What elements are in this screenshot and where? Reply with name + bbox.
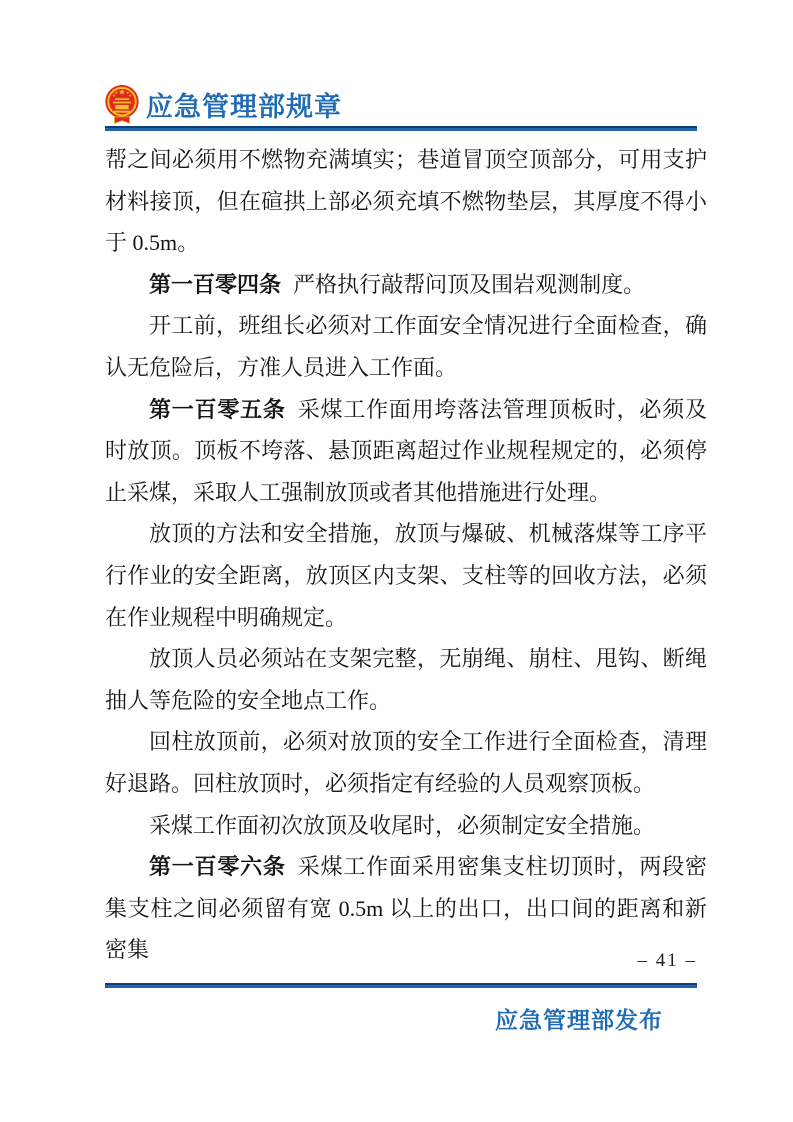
page-number: – 41 –	[638, 950, 698, 972]
paragraph: 帮之间必须用不燃物充满填实；巷道冒顶空顶部分，可用支护材料接顶，但在碹拱上部必须…	[105, 139, 707, 264]
paragraph: 放顶的方法和安全措施，放顶与爆破、机械落煤等工序平行作业的安全距离，放顶区内支架…	[105, 513, 707, 638]
paragraph-text: 放顶的方法和安全措施，放顶与爆破、机械落煤等工序平行作业的安全距离，放顶区内支架…	[105, 521, 707, 629]
paragraph: 放顶人员必须站在支架完整，无崩绳、崩柱、甩钩、断绳抽人等危险的安全地点工作。	[105, 638, 707, 721]
national-emblem-icon	[103, 83, 141, 126]
paragraph-text: 开工前，班组长必须对工作面安全情况进行全面检查，确认无危险后，方准人员进入工作面…	[105, 313, 707, 380]
paragraph: 第一百零四条严格执行敲帮问顶及围岩观测制度。	[105, 264, 707, 306]
paragraph-text: 放顶人员必须站在支架完整，无崩绳、崩柱、甩钩、断绳抽人等危险的安全地点工作。	[105, 646, 707, 713]
page-title: 应急管理部规章	[146, 85, 342, 124]
paragraph-text: 帮之间必须用不燃物充满填实；巷道冒顶空顶部分，可用支护材料接顶，但在碹拱上部必须…	[105, 147, 707, 255]
article-number: 第一百零五条	[149, 397, 286, 422]
publisher-label: 应急管理部发布	[495, 1002, 663, 1035]
paragraph: 开工前，班组长必须对工作面安全情况进行全面检查，确认无危险后，方准人员进入工作面…	[105, 305, 707, 388]
footer-divider	[105, 983, 697, 988]
paragraph: 第一百零五条采煤工作面用垮落法管理顶板时，必须及时放顶。顶板不垮落、悬顶距离超过…	[105, 389, 707, 514]
paragraph-text: 采煤工作面初次放顶及收尾时，必须制定安全措施。	[149, 813, 655, 838]
paragraph: 采煤工作面初次放顶及收尾时，必须制定安全措施。	[105, 805, 707, 847]
paragraph: 第一百零六条采煤工作面采用密集支柱切顶时，两段密集支柱之间必须留有宽 0.5m …	[105, 846, 707, 971]
paragraph-text: 回柱放顶前，必须对放顶的安全工作进行全面检查，清理好退路。回柱放顶时，必须指定有…	[105, 729, 707, 796]
article-number: 第一百零四条	[149, 272, 281, 297]
paragraph-text: 严格执行敲帮问顶及围岩观测制度。	[293, 272, 645, 297]
header-divider	[105, 126, 697, 131]
paragraph: 回柱放顶前，必须对放顶的安全工作进行全面检查，清理好退路。回柱放顶时，必须指定有…	[105, 721, 707, 804]
page-header: 应急管理部规章	[103, 83, 342, 126]
document-page: 应急管理部规章 帮之间必须用不燃物充满填实；巷道冒顶空顶部分，可用支护材料接顶，…	[0, 0, 793, 1122]
regulation-body: 帮之间必须用不燃物充满填实；巷道冒顶空顶部分，可用支护材料接顶，但在碹拱上部必须…	[105, 139, 707, 971]
article-number: 第一百零六条	[149, 854, 286, 879]
